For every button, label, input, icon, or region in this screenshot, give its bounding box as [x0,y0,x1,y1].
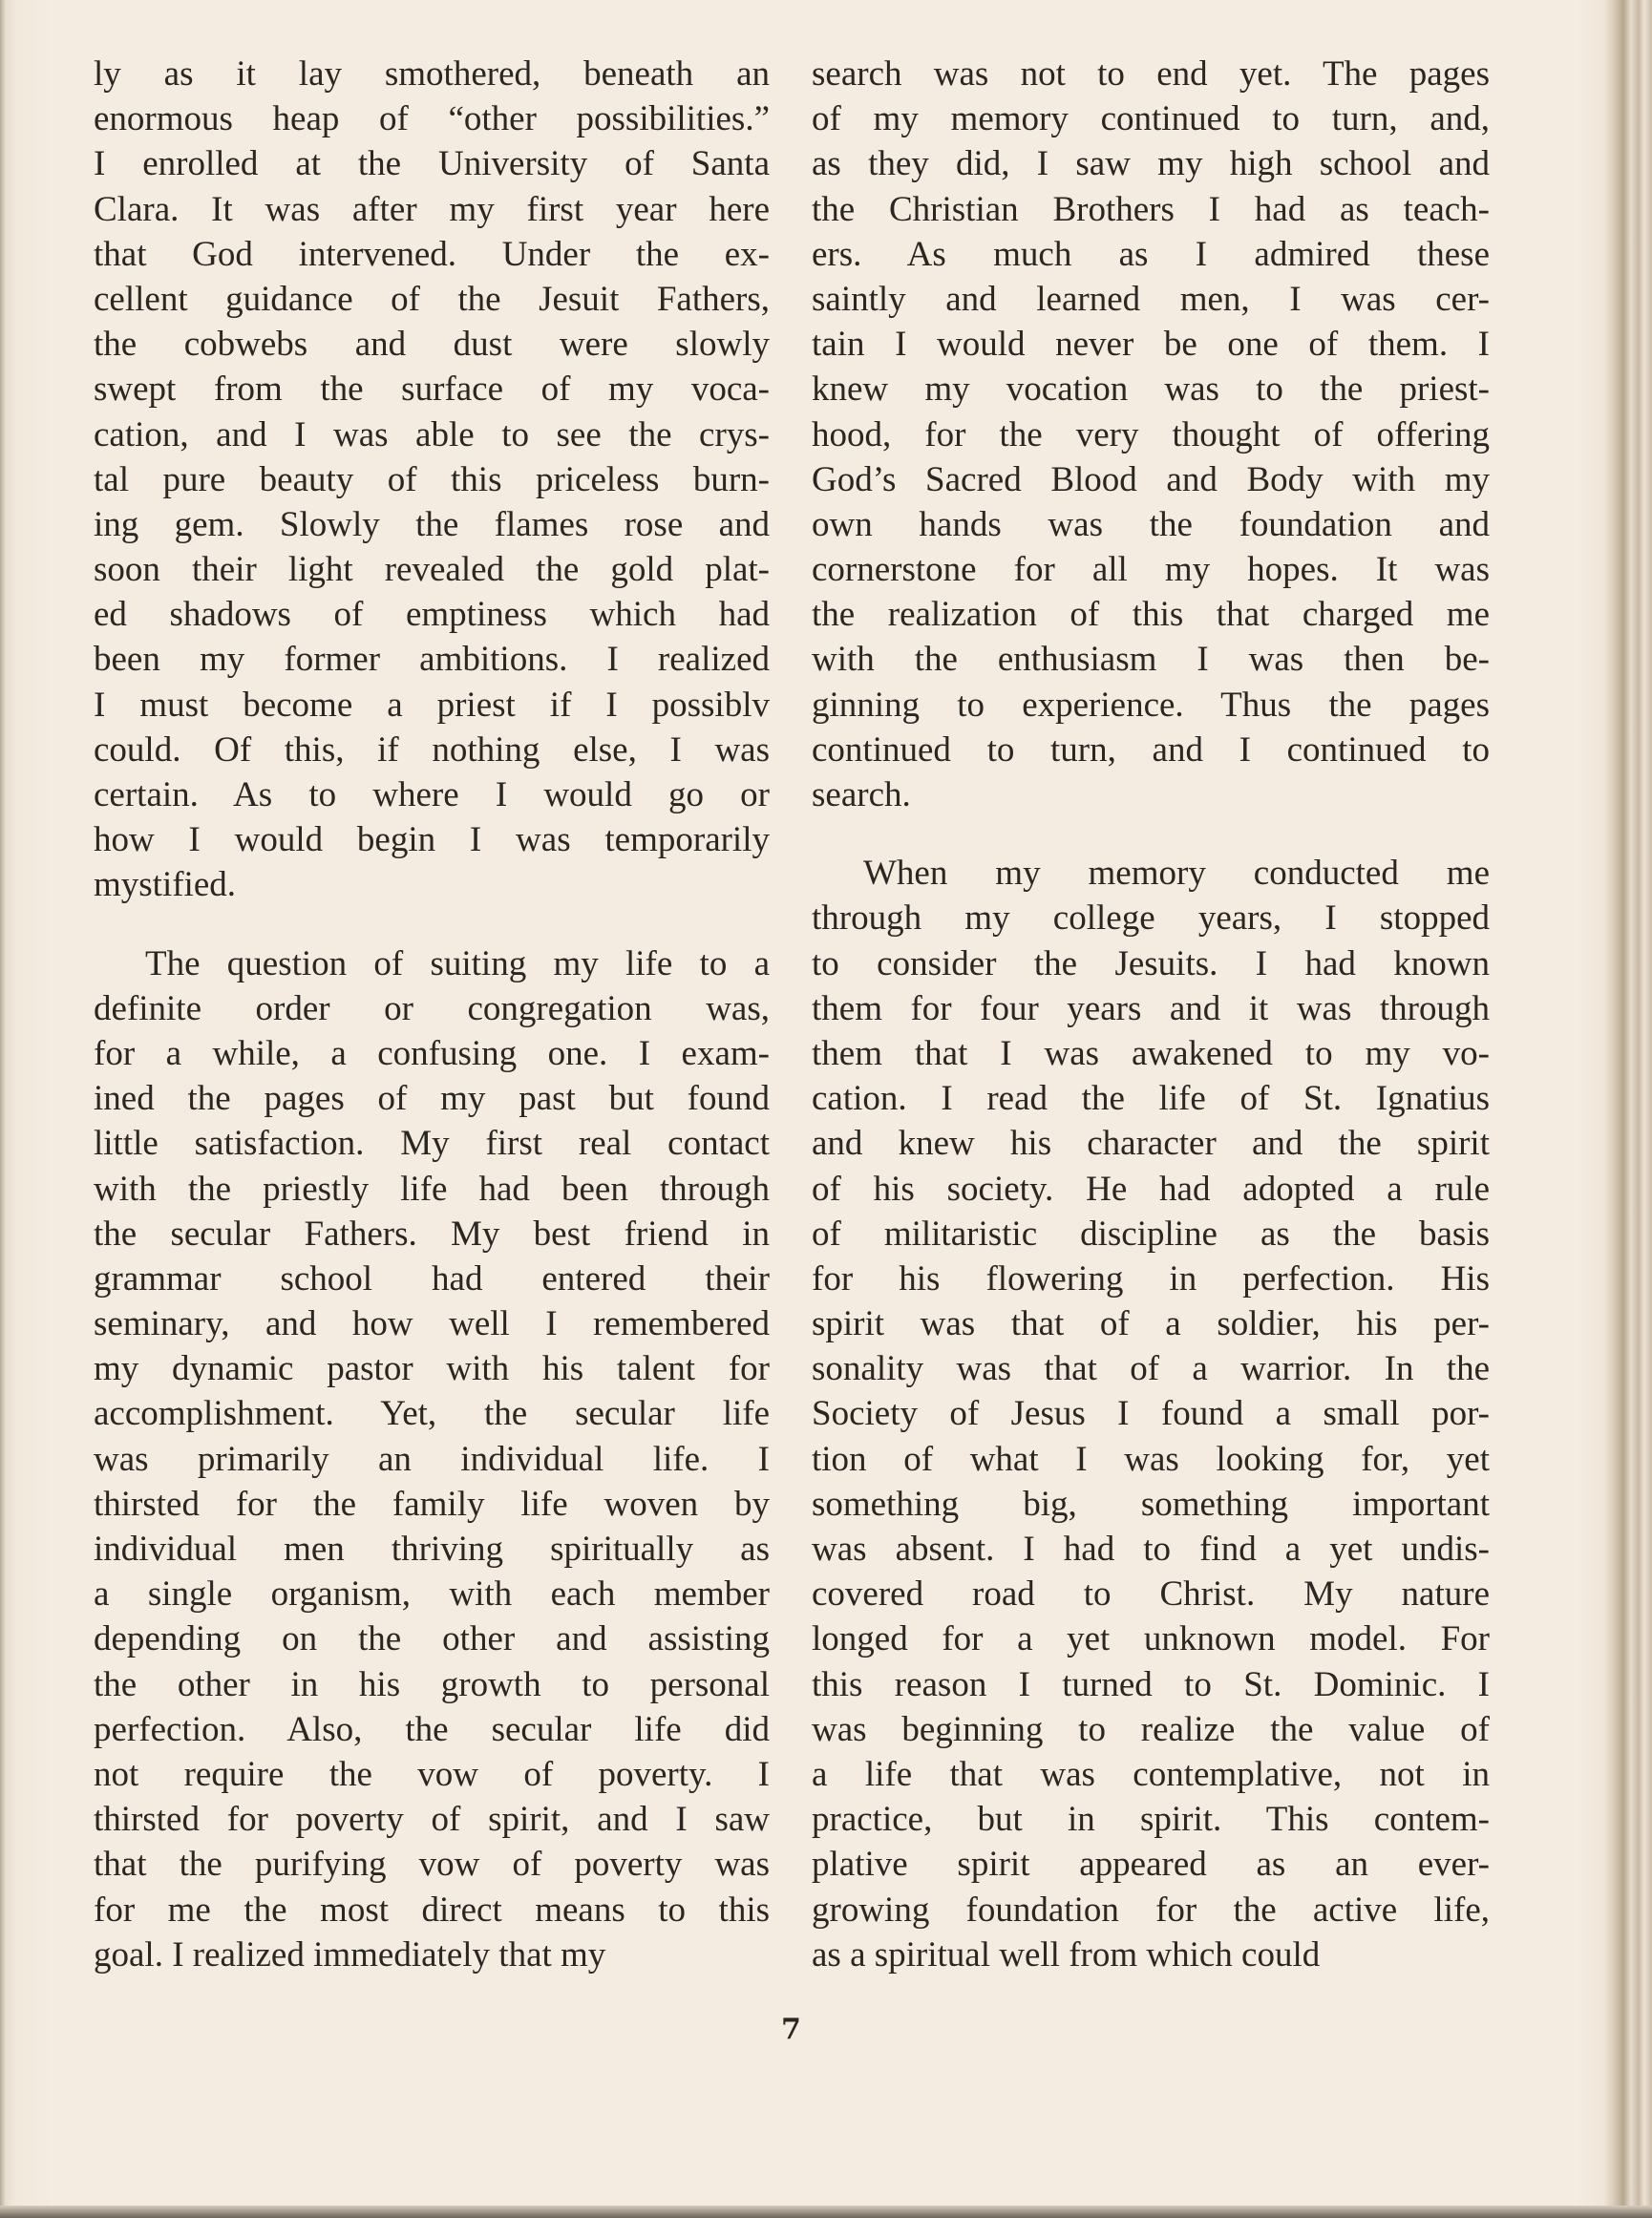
text-line: something big, something important [812,1482,1490,1527]
text-line: saintly and learned men, I was cer- [812,277,1490,322]
text-line: cation. I read the life of St. Ignatius [812,1076,1490,1121]
text-line: cellent guidance of the Jesuit Fathers, [94,277,770,322]
paragraph: The question of suiting my life to adefi… [94,941,770,1977]
text-line: When my memory conducted me [812,851,1490,896]
page-number: 7 [781,2013,801,2046]
text-line: thirsted for the family life woven by [94,1482,770,1527]
text-line: the secular Fathers. My best friend in [94,1212,770,1257]
text-line: definite order or congregation was, [94,986,770,1031]
text-line: Society of Jesus I found a small por- [812,1391,1490,1436]
text-line: the realization of this that charged me [812,592,1490,637]
text-line: to consider the Jesuits. I had known [812,941,1490,986]
text-line: thirsted for poverty of spirit, and I sa… [94,1797,770,1842]
text-line: for his flowering in perfection. His [812,1257,1490,1301]
text-line: this reason I turned to St. Dominic. I [812,1662,1490,1707]
text-line: practice, but in spirit. This contem- [812,1797,1490,1842]
page-bottom-edge [0,2206,1652,2218]
text-line: that God intervened. Under the ex- [94,232,770,277]
text-line: for a while, a confusing one. I exam- [94,1031,770,1076]
text-line: accomplishment. Yet, the secular life [94,1391,770,1436]
text-line: of his society. He had adopted a rule [812,1167,1490,1212]
paragraph: ly as it lay smothered, beneath anenormo… [94,52,770,908]
text-line: a life that was contemplative, not in [812,1752,1490,1797]
text-line: a single organism, with each member [94,1572,770,1616]
text-line: God’s Sacred Blood and Body with my [812,457,1490,502]
text-line: knew my vocation was to the priest- [812,367,1490,412]
text-line: was primarily an individual life. I [94,1437,770,1482]
text-line: tain I would never be one of them. I [812,322,1490,367]
text-line: could. Of this, if nothing else, I was [94,728,770,772]
text-line: tion of what I was looking for, yet [812,1437,1490,1482]
text-line: search was not to end yet. The pages [812,52,1490,96]
text-line: not require the vow of poverty. I [94,1752,770,1797]
text-line: little satisfaction. My first real conta… [94,1121,770,1166]
text-line: covered road to Christ. My nature [812,1572,1490,1616]
left-column: ly as it lay smothered, beneath anenormo… [94,52,770,1977]
text-line: and knew his character and the spirit [812,1121,1490,1166]
paragraph: When my memory conducted methrough my co… [812,851,1490,1977]
text-line: I must become a priest if I possiblv [94,683,770,728]
right-column: search was not to end yet. The pagesof m… [812,52,1490,1977]
text-line: cornerstone for all my hopes. It was [812,547,1490,592]
text-line: plative spirit appeared as an ever- [812,1842,1490,1887]
text-line: cation, and I was able to see the crys- [94,412,770,457]
text-line: perfection. Also, the secular life did [94,1707,770,1752]
text-line: the Christian Brothers I had as teach- [812,187,1490,232]
paragraph: search was not to end yet. The pagesof m… [812,52,1490,817]
text-line: ined the pages of my past but found [94,1076,770,1121]
text-line: been my former ambitions. I realized [94,637,770,682]
text-line: ers. As much as I admired these [812,232,1490,277]
text-line: ly as it lay smothered, beneath an [94,52,770,96]
book-page: ly as it lay smothered, beneath anenormo… [0,0,1652,2218]
text-line: ginning to experience. Thus the pages [812,683,1490,728]
text-line: of militaristic discipline as the basis [812,1212,1490,1257]
text-line: spirit was that of a soldier, his per- [812,1301,1490,1346]
text-line: ing gem. Slowly the flames rose and [94,502,770,547]
text-line: how I would begin I was temporarily [94,817,770,862]
text-line: hood, for the very thought of offering [812,412,1490,457]
text-line: goal. I realized immediately that my [94,1933,770,1977]
text-line: as they did, I saw my high school and [812,141,1490,186]
text-line: own hands was the foundation and [812,502,1490,547]
text-line: growing foundation for the active life, [812,1888,1490,1933]
text-line: individual men thriving spiritually as [94,1527,770,1572]
paragraph-gap [812,817,1490,851]
text-line: grammar school had entered their [94,1257,770,1301]
text-line: the other in his growth to personal [94,1662,770,1707]
text-line: continued to turn, and I continued to [812,728,1490,772]
text-line: sonality was that of a warrior. In the [812,1346,1490,1391]
text-line: with the priestly life had been through [94,1167,770,1212]
text-line: my dynamic pastor with his talent for [94,1346,770,1391]
text-line: seminary, and how well I remembered [94,1301,770,1346]
text-line: that the purifying vow of poverty was [94,1842,770,1887]
text-line: depending on the other and assisting [94,1616,770,1661]
text-line: the cobwebs and dust were slowly [94,322,770,367]
text-line: certain. As to where I would go or [94,772,770,817]
text-line: them that I was awakened to my vo- [812,1031,1490,1076]
text-line: The question of suiting my life to a [94,941,770,986]
text-line: longed for a yet unknown model. For [812,1616,1490,1661]
text-line: Clara. It was after my first year here [94,187,770,232]
text-line: tal pure beauty of this priceless burn- [94,457,770,502]
text-line: through my college years, I stopped [812,896,1490,940]
text-line: of my memory continued to turn, and, [812,96,1490,141]
text-line: them for four years and it was through [812,986,1490,1031]
text-line: I enrolled at the University of Santa [94,141,770,186]
text-line: for me the most direct means to this [94,1888,770,1933]
text-line: was beginning to realize the value of [812,1707,1490,1752]
paragraph-gap [94,908,770,941]
text-line: mystified. [94,862,770,907]
text-line: was absent. I had to find a yet undis- [812,1527,1490,1572]
text-line: enormous heap of “other possibilities.” [94,96,770,141]
text-line: soon their light revealed the gold plat- [94,547,770,592]
text-line: with the enthusiasm I was then be- [812,637,1490,682]
text-line: swept from the surface of my voca- [94,367,770,412]
text-line: as a spiritual well from which could [812,1933,1490,1977]
text-line: search. [812,772,1490,817]
text-line: ed shadows of emptiness which had [94,592,770,637]
